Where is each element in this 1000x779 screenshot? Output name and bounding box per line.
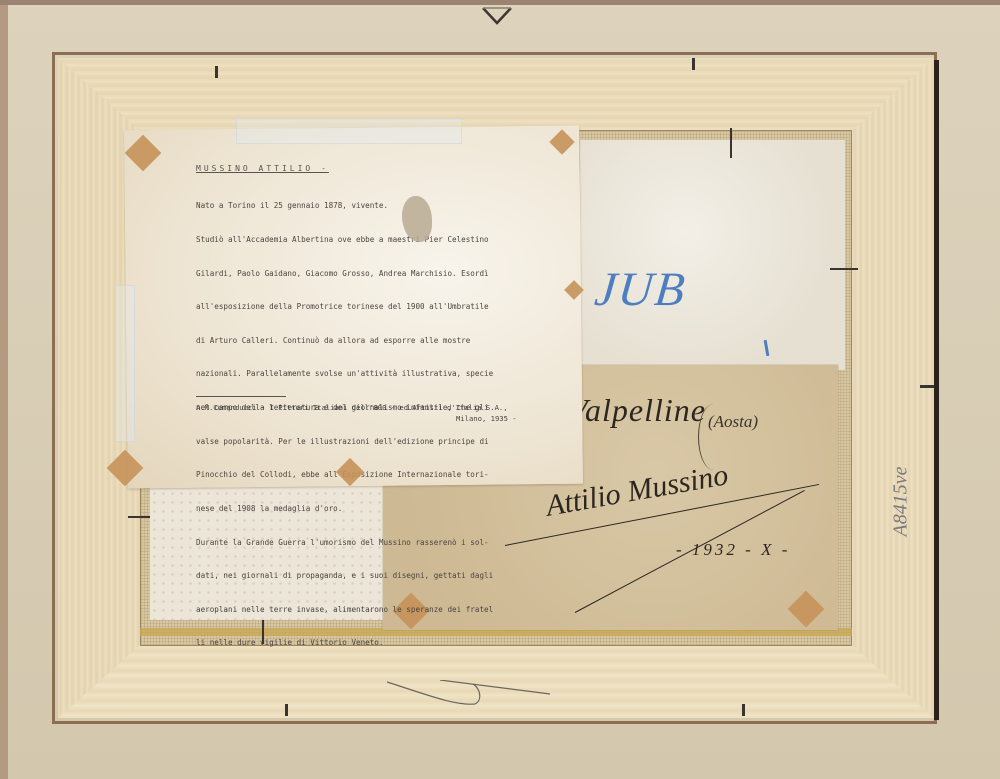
nail bbox=[128, 516, 150, 518]
bio-line: valse popolarità. Per le illustrazioni d… bbox=[196, 436, 516, 447]
bio-line: aeroplani nelle terre invase, alimentaro… bbox=[196, 604, 516, 615]
bio-line: Nato a Torino il 25 gennaio 1878, vivent… bbox=[196, 200, 516, 211]
nail bbox=[742, 704, 745, 716]
bio-line: Durante la Grande Guerra l'umorismo del … bbox=[196, 537, 516, 548]
bio-line: all'esposizione della Promotrice torines… bbox=[196, 301, 516, 312]
biography-heading: MUSSINO ATTILIO - bbox=[196, 164, 329, 173]
bio-line: nese del 1908 la medaglia d'oro. bbox=[196, 503, 516, 514]
inventory-number: A8415ve bbox=[890, 447, 913, 557]
frame-gap bbox=[934, 60, 939, 720]
paper-fragment-right bbox=[580, 140, 845, 370]
painting-title: Valpelline bbox=[568, 392, 706, 429]
nail bbox=[285, 704, 288, 716]
bio-line: Gilardi, Paolo Gaidano, Giacomo Grosso, … bbox=[196, 268, 516, 279]
bio-line: dati, nei giornali di propaganda, e i su… bbox=[196, 570, 516, 581]
stretcher-bar-right bbox=[852, 58, 934, 718]
nail bbox=[215, 66, 218, 78]
bibliographic-reference: A.M.Comanducci - I Pittori Italiani dell… bbox=[196, 403, 508, 412]
reference-rule bbox=[196, 396, 286, 397]
bio-line: di Arturo Calleri. Continuò da allora ad… bbox=[196, 335, 516, 346]
nail bbox=[730, 128, 732, 158]
bio-line: li nelle dure vigilie di Vittorio Veneto… bbox=[196, 637, 516, 648]
nail bbox=[692, 58, 695, 70]
nail bbox=[262, 620, 264, 644]
stretcher-bar-top bbox=[58, 58, 934, 130]
adhesive-tape bbox=[236, 118, 462, 144]
painting-location: (Aosta) bbox=[708, 412, 758, 432]
nail bbox=[830, 268, 858, 270]
bibliographic-reference-line2: Milano, 1935 - bbox=[456, 414, 517, 423]
adhesive-tape-vertical bbox=[115, 285, 135, 442]
blue-crayon-mark: JUB bbox=[592, 262, 689, 317]
bio-line: Studiò all'Accademia Albertina ove ebbe … bbox=[196, 234, 516, 245]
pencil-mark bbox=[385, 680, 555, 710]
bio-line: nazionali. Parallelamente svolse un'atti… bbox=[196, 368, 516, 379]
nail bbox=[920, 385, 934, 388]
hanger-icon bbox=[480, 4, 514, 26]
painting-date: - 1932 - X - bbox=[676, 540, 790, 560]
